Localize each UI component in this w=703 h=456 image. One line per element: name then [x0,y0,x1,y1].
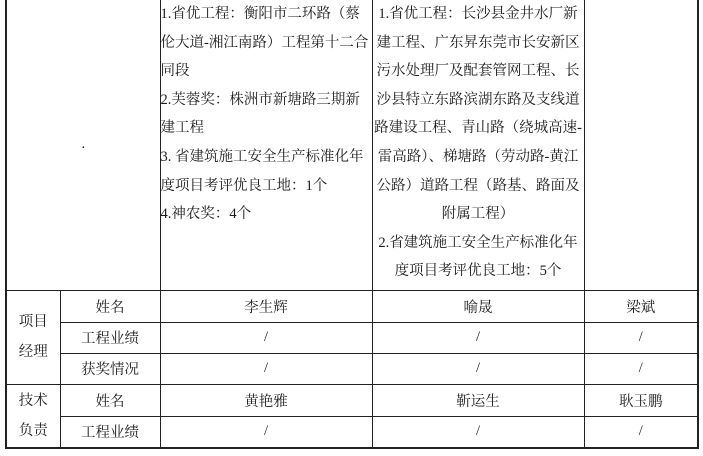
person-name-cell: 喻晟 [372,290,584,322]
award-item: 2.省建筑施工安全生产标准化年度项目考评优良工地：5个 [373,229,584,286]
award-item: 1.省优工程：衡阳市二环路（蔡伦大道-湘江南路）工程第十二合同段 [161,0,372,86]
row-label-name: 姓名 [60,290,160,322]
award-item: 2.芙蓉奖：株洲市新塘路三期新建工程 [161,86,372,143]
table-row: 工程业绩 / / / [6,322,698,353]
row-label-performance: 工程业绩 [60,416,160,448]
slash-value-cell: / [372,353,584,384]
personnel-awards-table: . 1.省优工程：衡阳市二环路（蔡伦大道-湘江南路）工程第十二合同段 2.芙蓉奖… [5,0,699,449]
person-name-cell: 李生辉 [160,290,372,322]
group-label-line: 经理 [7,337,60,367]
person-name-cell: 靳运生 [372,384,584,416]
person-name-cell: 黄艳雅 [160,384,372,416]
empty-cell-with-dot: . [6,0,160,290]
slash-value-cell: / [584,322,698,353]
table-row: 项目 经理 姓名 李生辉 喻晟 梁斌 [6,290,698,322]
slash-value-cell: / [160,322,372,353]
row-label-performance: 工程业绩 [60,322,160,353]
slash-value-cell: / [584,353,698,384]
slash-value-cell: / [372,416,584,448]
slash-value-cell: / [584,416,698,448]
table-row: 工程业绩 / / / [6,416,698,448]
award-item: 4.神农奖：4个 [161,200,372,229]
award-item: 3. 省建筑施工安全生产标准化年度项目考评优良工地：1个 [161,143,372,200]
slash-value-cell: / [372,322,584,353]
awards-middle-cell: 1.省优工程：衡阳市二环路（蔡伦大道-湘江南路）工程第十二合同段 2.芙蓉奖：株… [160,0,372,290]
empty-top-right-cell [584,0,698,290]
awards-section-row: . 1.省优工程：衡阳市二环路（蔡伦大道-湘江南路）工程第十二合同段 2.芙蓉奖… [6,0,698,290]
group-label-project-manager: 项目 经理 [6,290,60,384]
group-label-line: 项目 [7,307,60,337]
row-label-awards: 获奖情况 [60,353,160,384]
slash-value-cell: / [160,416,372,448]
document-page: . 1.省优工程：衡阳市二环路（蔡伦大道-湘江南路）工程第十二合同段 2.芙蓉奖… [0,0,703,456]
slash-value-cell: / [160,353,372,384]
group-label-line: 技术 [7,386,60,416]
table-row: 技术 负责 姓名 黄艳雅 靳运生 耿玉鹏 [6,384,698,416]
group-label-tech-lead: 技术 负责 [6,384,60,448]
person-name-cell: 耿玉鹏 [584,384,698,416]
person-name-cell: 梁斌 [584,290,698,322]
row-label-name: 姓名 [60,384,160,416]
table-row: 获奖情况 / / / [6,353,698,384]
group-label-line: 负责 [7,416,60,446]
award-item: 1.省优工程：长沙县金井水厂新建工程、广东昇东莞市长安新区污水处理厂及配套管网工… [373,0,584,229]
awards-right-cell: 1.省优工程：长沙县金井水厂新建工程、广东昇东莞市长安新区污水处理厂及配套管网工… [372,0,584,290]
